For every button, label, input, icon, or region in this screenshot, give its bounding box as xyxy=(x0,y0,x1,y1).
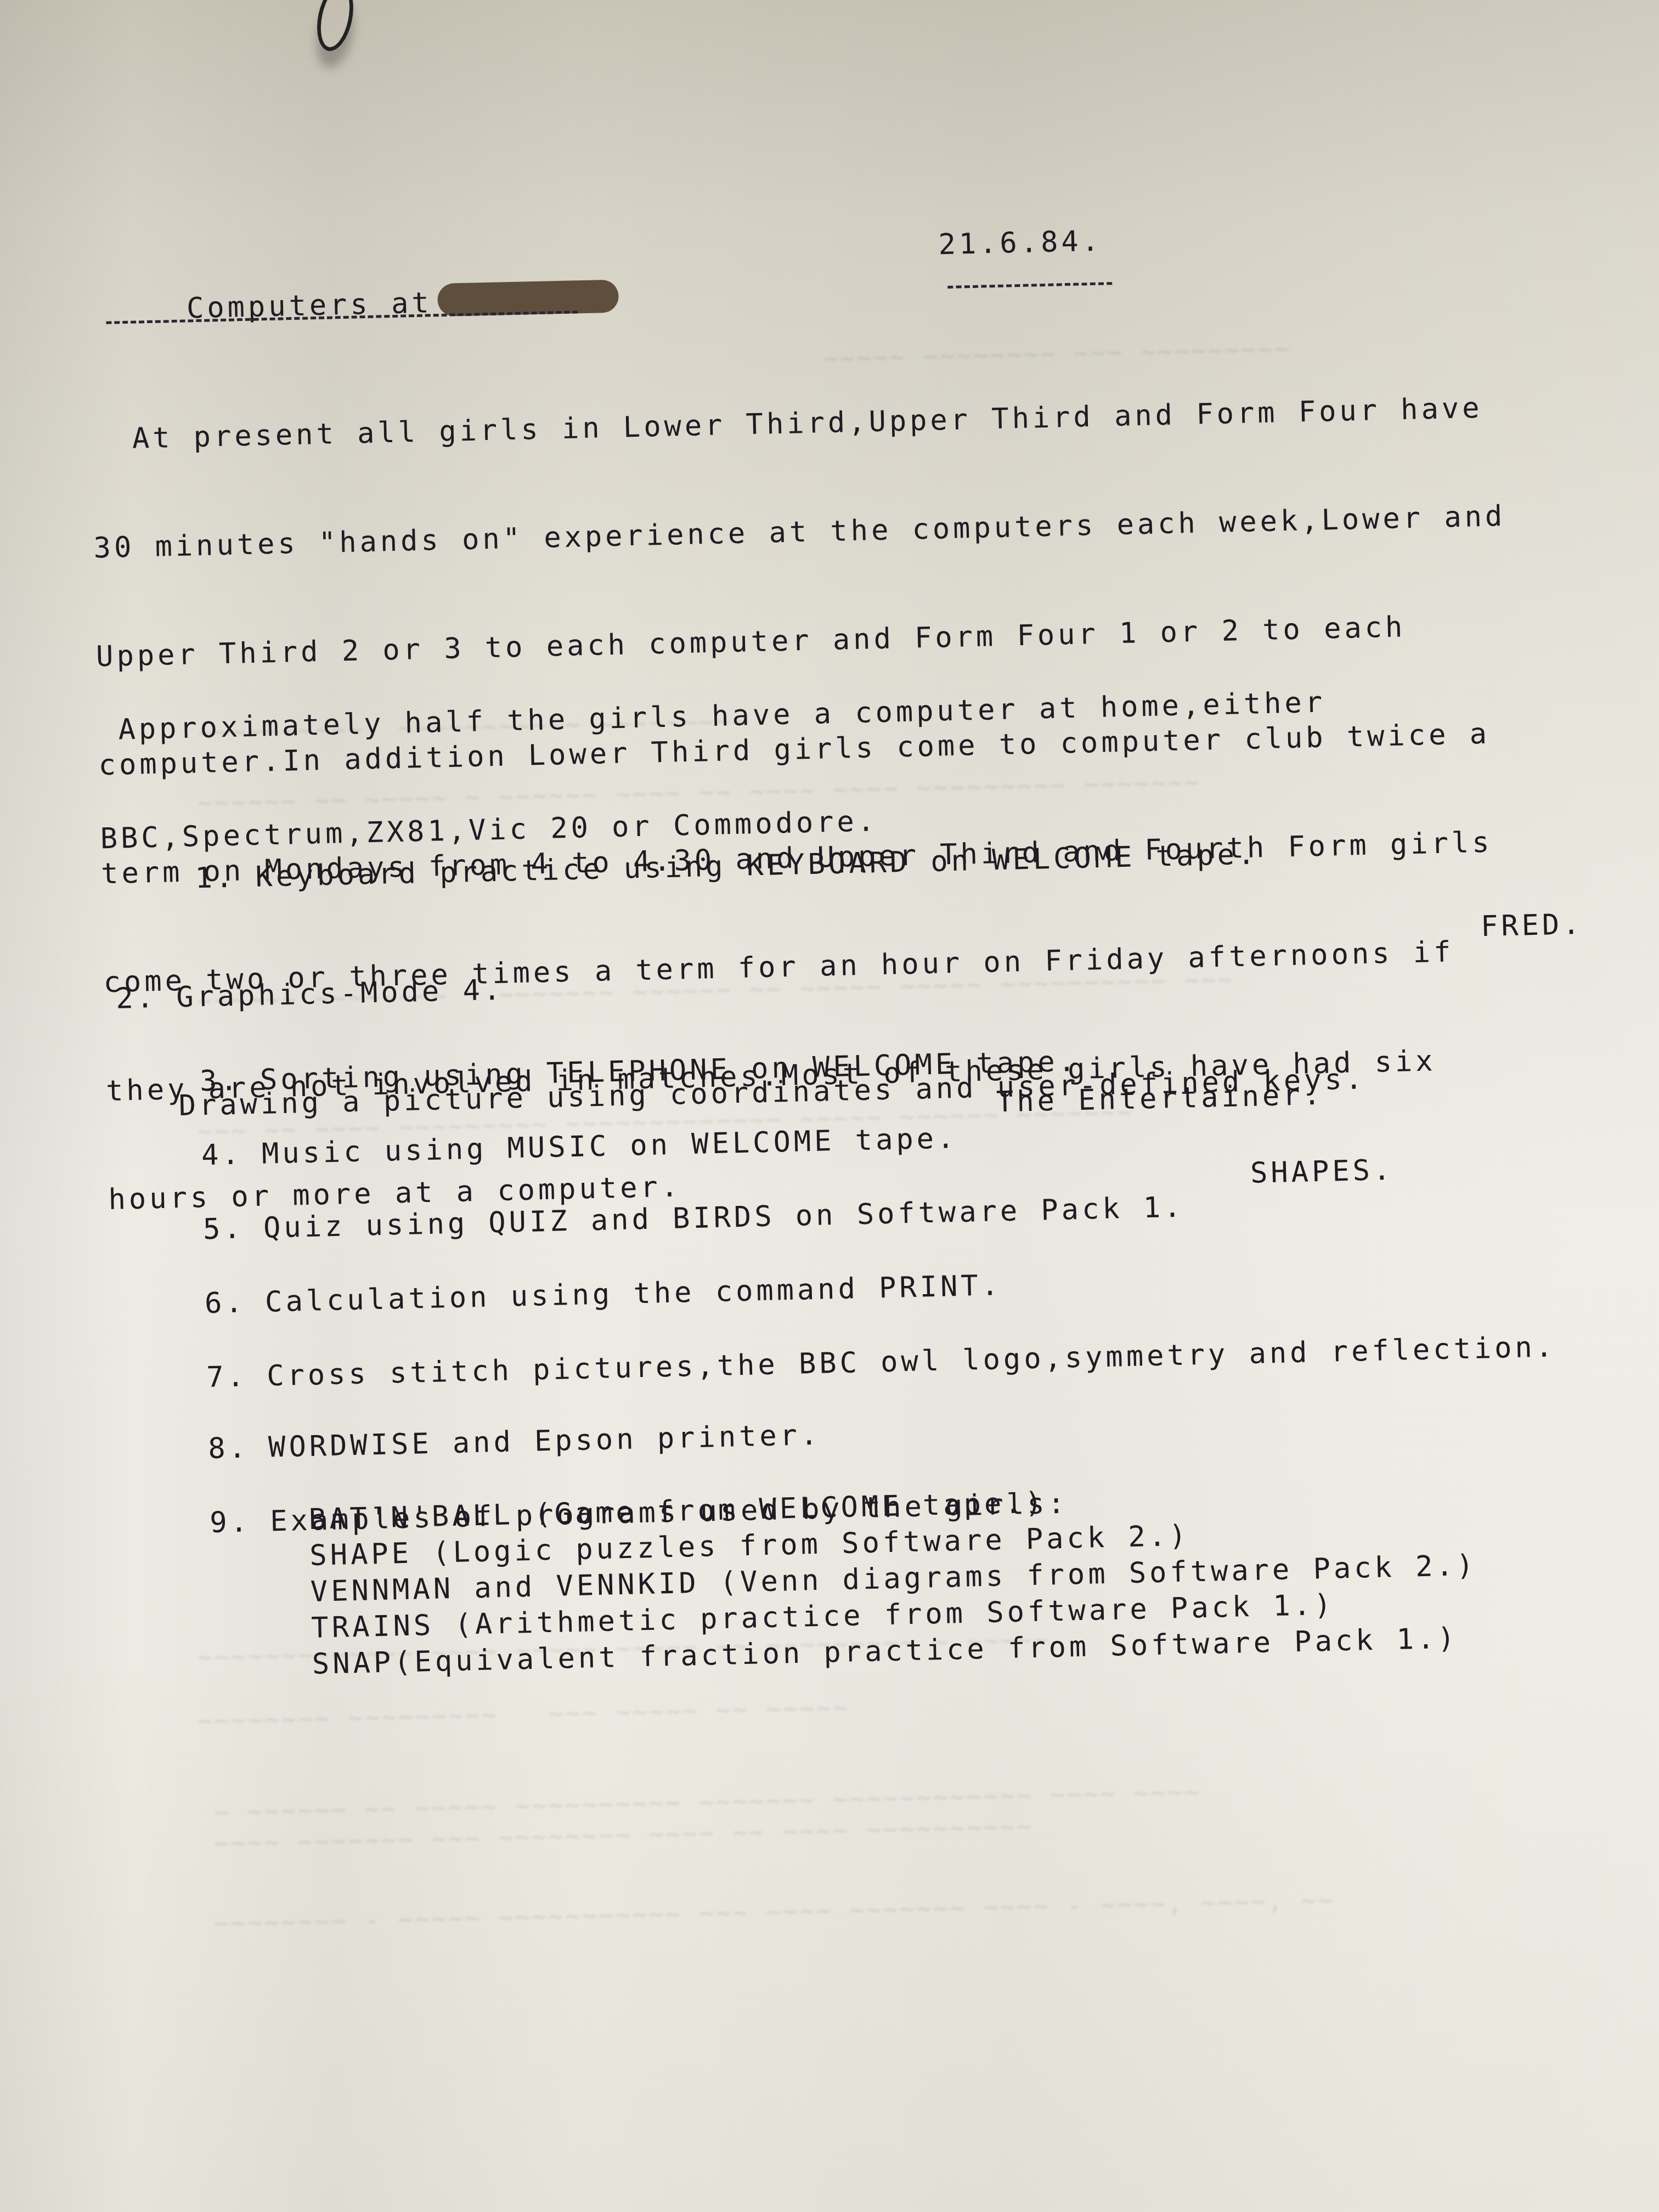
item-text: Graphics-Mode 4. xyxy=(176,974,504,1014)
item-note: SHAPES. xyxy=(1250,1154,1393,1190)
item-number: 2. xyxy=(116,979,177,1017)
item-number: 3. xyxy=(199,1062,260,1099)
item-number: 9. xyxy=(210,1504,270,1541)
item-number: 5. xyxy=(202,1210,263,1248)
item-text: Quiz using QUIZ and BIRDS on Software Pa… xyxy=(263,1191,1184,1245)
item-number: 6. xyxy=(204,1284,265,1322)
item-note: FRED. xyxy=(1480,908,1583,943)
document-date: 21.6.84. xyxy=(938,225,1103,262)
item-number: 7. xyxy=(206,1358,267,1396)
item-text: Cross stitch pictures,the BBC owl logo,s… xyxy=(267,1330,1556,1392)
paragraph-line: At present all girls in Lower Third,Uppe… xyxy=(91,390,1503,458)
item-number: 1. xyxy=(195,859,256,896)
paragraph-line: Approximately half the girls have a comp… xyxy=(98,685,1326,749)
item-number: 8. xyxy=(208,1430,269,1467)
paragraph-line: 30 minutes "hands on" experience at the … xyxy=(93,498,1506,566)
item-number: 4. xyxy=(201,1136,262,1173)
redacted-school-name xyxy=(437,280,619,317)
date-underline xyxy=(947,282,1112,289)
document-page: Computers at 21.6.84. At present all gir… xyxy=(0,0,1659,2211)
